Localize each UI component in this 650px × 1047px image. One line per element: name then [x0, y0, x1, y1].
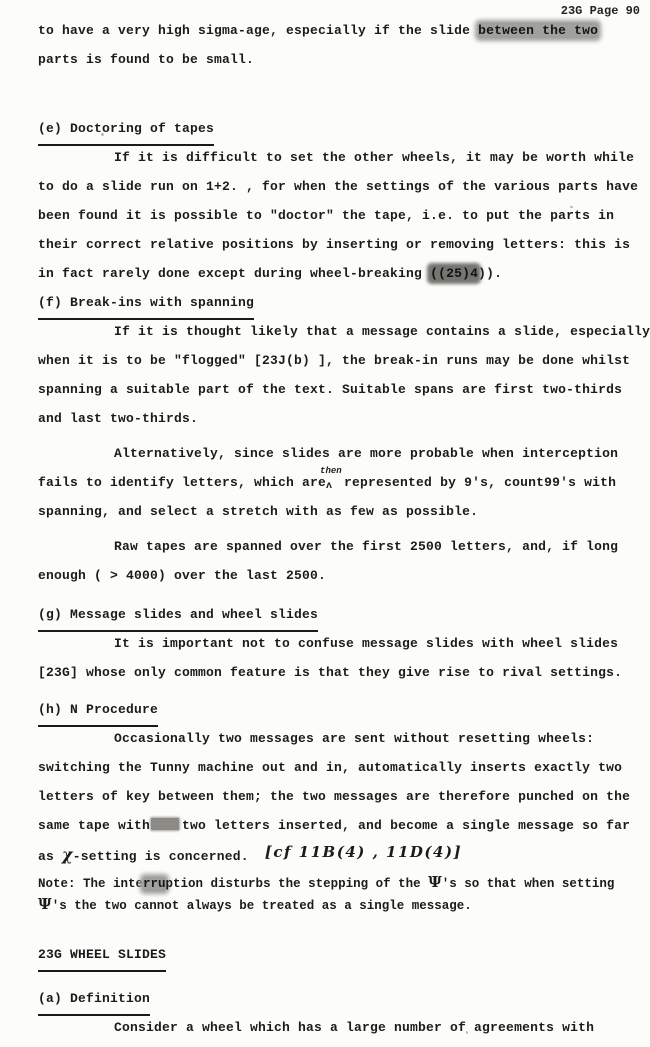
scan-speckle: [570, 206, 573, 208]
heading-text: (e) Doctoring of tapes: [38, 114, 214, 146]
smudged-reference: ((25)4: [430, 266, 478, 281]
body-text: Raw tapes are spanned over the first 250…: [114, 539, 618, 554]
scan-speckle: [466, 1031, 468, 1034]
text-line: as χ-setting is concerned.[cf 11B(4) , 1…: [38, 840, 626, 869]
body-text: Consider a wheel which has a large numbe…: [114, 1020, 594, 1035]
body-text: )).: [478, 266, 502, 281]
text-line: Alternatively, since slides are more pro…: [38, 439, 626, 468]
text-line: and last two-thirds.: [38, 404, 626, 433]
body-text: represented by 9's, count99's with: [336, 475, 616, 490]
body-text: same tape with: [38, 818, 150, 833]
smudged-word: [151, 818, 179, 830]
body-text: switching the Tunny machine out and in, …: [38, 760, 622, 775]
psi-symbol: Ψ: [38, 895, 52, 913]
text-line: enough ( > 4000) over the last 2500.: [38, 561, 626, 590]
body-text: letters of key between them; the two mes…: [38, 789, 630, 804]
body-text: spanning a suitable part of the text. Su…: [38, 382, 622, 397]
text-line: Consider a wheel which has a large numbe…: [38, 1013, 626, 1042]
section-heading-23g: 23G WHEEL SLIDES: [38, 940, 626, 969]
text-line: If it is thought likely that a message c…: [38, 317, 626, 346]
body-text: -setting is concerned.: [73, 849, 249, 864]
text-line: Note: The interruption disturbs the step…: [38, 871, 626, 893]
body-text: Alternatively, since slides are more pro…: [114, 446, 618, 461]
handwritten-insertion: thenʌ: [326, 473, 336, 486]
text-line: in fact rarely done except during wheel-…: [38, 259, 626, 288]
body-text: It is important not to confuse message s…: [114, 636, 618, 651]
text-line: Ψ's the two cannot always be treated as …: [38, 893, 626, 915]
section-heading-f: (f) Break-ins with spanning: [38, 288, 626, 317]
handwritten-cross-reference: [cf 11B(4) , 11D(4)]: [265, 843, 462, 861]
body-text: 's the two cannot always be treated as a…: [52, 899, 472, 913]
text-line: letters of key between them; the two mes…: [38, 782, 626, 811]
chi-symbol: χ: [62, 845, 73, 864]
body-text: enough ( > 4000) over the last 2500.: [38, 568, 326, 583]
text-line: same tape withtwo letters inserted, and …: [38, 811, 626, 840]
text-line: spanning, and select a stretch with as f…: [38, 497, 626, 526]
body-text: their correct relative positions by inse…: [38, 237, 630, 252]
text-line: Raw tapes are spanned over the first 250…: [38, 532, 626, 561]
heading-text: (g) Message slides and wheel slides: [38, 600, 318, 632]
smudged-text: rru: [143, 877, 166, 891]
text-line: [23G] whose only common feature is that …: [38, 658, 626, 687]
body-text: spanning, and select a stretch with as f…: [38, 504, 478, 519]
body-text: If it is thought likely that a message c…: [114, 324, 650, 339]
body-text: when it is to be "flogged" [23J(b) ], th…: [38, 353, 630, 368]
text-line: when it is to be "flogged" [23J(b) ], th…: [38, 346, 626, 375]
body-text: two letters inserted, and become a singl…: [182, 818, 630, 833]
text-line: been found it is possible to "doctor" th…: [38, 201, 626, 230]
section-heading-e: (e) Doctoring of tapes: [38, 114, 626, 143]
text-line: to have a very high sigma-age, especiall…: [38, 16, 626, 45]
body-text: as: [38, 849, 62, 864]
heading-text: 23G WHEEL SLIDES: [38, 940, 166, 972]
body-text: If it is difficult to set the other whee…: [114, 150, 634, 165]
page-number: 23G Page 90: [561, 4, 640, 18]
text-line: fails to identify letters, which arethen…: [38, 468, 626, 497]
section-heading-a: (a) Definition: [38, 984, 626, 1013]
text-line: It is important not to confuse message s…: [38, 629, 626, 658]
body-text: to do a slide run on 1+2. , for when the…: [38, 179, 638, 194]
body-text: Note: The inte: [38, 877, 143, 891]
text-line: spanning a suitable part of the text. Su…: [38, 375, 626, 404]
text-line: Occasionally two messages are sent witho…: [38, 724, 626, 753]
caret-mark: ʌ: [326, 482, 332, 492]
heading-text: (f) Break-ins with spanning: [38, 288, 254, 320]
heading-text: (a) Definition: [38, 984, 150, 1016]
body-text: [23G] whose only common feature is that …: [38, 665, 622, 680]
section-heading-g: (g) Message slides and wheel slides: [38, 600, 626, 629]
scan-speckle: [101, 133, 104, 136]
text-line: If it is difficult to set the other whee…: [38, 143, 626, 172]
body-text: fails to identify letters, which are: [38, 475, 326, 490]
body-text: in fact rarely done except during wheel-…: [38, 266, 430, 281]
body-text: and last two-thirds.: [38, 411, 198, 426]
body-text: 's so that when setting: [442, 877, 615, 891]
inserted-word: then: [320, 467, 342, 476]
text-line: switching the Tunny machine out and in, …: [38, 753, 626, 782]
text-line: parts is found to be small.: [38, 45, 626, 74]
document-page: 23G Page 90 to have a very high sigma-ag…: [0, 0, 650, 1047]
body-text: ption disturbs the stepping of the: [166, 877, 429, 891]
psi-symbol: Ψ: [428, 873, 442, 891]
body-text: been found it is possible to "doctor" th…: [38, 208, 614, 223]
body-text: parts is found to be small.: [38, 52, 254, 67]
section-heading-h: (h) N Procedure: [38, 695, 626, 724]
heading-text: (h) N Procedure: [38, 695, 158, 727]
smudged-text: between the two: [478, 23, 598, 38]
text-line: their correct relative positions by inse…: [38, 230, 626, 259]
note-block: Note: The interruption disturbs the step…: [38, 871, 626, 915]
body-text: Occasionally two messages are sent witho…: [114, 731, 594, 746]
body-text: to have a very high sigma-age, especiall…: [38, 23, 478, 38]
text-line: to do a slide run on 1+2. , for when the…: [38, 172, 626, 201]
